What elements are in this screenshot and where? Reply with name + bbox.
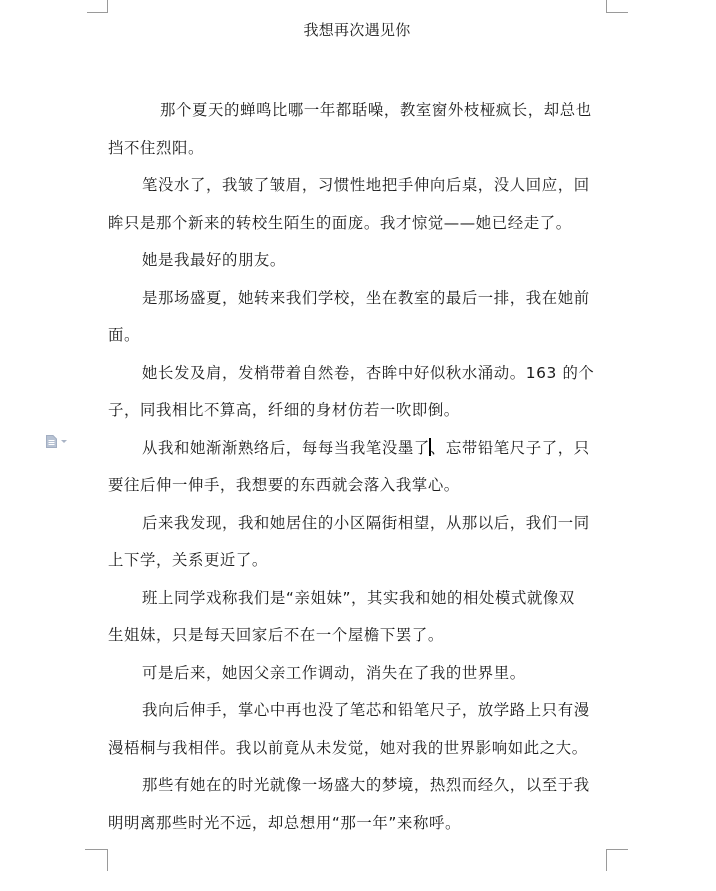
text-after-cursor: 、忘带铅笔尺子了，只	[430, 439, 590, 457]
paragraph[interactable]: 那个夏天的蝉鸣比哪一年都聒噪，教室窗外枝桠疯长，却总也 挡不住烈阳。	[108, 92, 608, 167]
paragraph[interactable]: 那些有她在的时光就像一场盛大的梦境，热烈而经久，以至于我 明明离那些时光不远，却…	[108, 767, 608, 842]
text-line: 我向后伸手，掌心中再也没了笔芯和铅笔尺子，放学路上只有漫	[108, 692, 608, 730]
text-line: 子，同我相比不算高，纤细的身材仿若一吹即倒。	[108, 392, 608, 430]
paragraph[interactable]: 可是后来，她因父亲工作调动，消失在了我的世界里。	[108, 655, 608, 693]
text-line: 她是我最好的朋友。	[108, 242, 608, 280]
paragraph-with-cursor[interactable]: 从我和她渐渐熟络后，每每当我笔没墨了、忘带铅笔尺子了，只 要往后伸一伸手，我想要…	[108, 430, 608, 505]
text-line: 是那场盛夏，她转来我们学校，坐在教室的最后一排，我在她前	[108, 280, 608, 318]
text-line: 生姐妹，只是每天回家后不在一个屋檐下罢了。	[108, 617, 608, 655]
text-line: 漫梧桐与我相伴。我以前竟从未发觉，她对我的世界影响如此之大。	[108, 730, 608, 768]
text-line: 笔没水了，我皱了皱眉，习惯性地把手伸向后桌，没人回应，回	[108, 167, 608, 205]
text-line: 她长发及肩，发梢带着自然卷，杏眸中好似秋水涌动。163 的个	[108, 355, 608, 393]
text-line: 上下学，关系更近了。	[108, 542, 608, 580]
text-line: 可是后来，她因父亲工作调动，消失在了我的世界里。	[108, 655, 608, 693]
paragraph[interactable]: 我向后伸手，掌心中再也没了笔芯和铅笔尺子，放学路上只有漫 漫梧桐与我相伴。我以前…	[108, 692, 608, 767]
text-line: 面。	[108, 317, 608, 355]
document-page: 我想再次遇见你 那个夏天的蝉鸣比哪一年都聒噪，教室窗外枝桠疯长，却总也 挡不住烈…	[0, 0, 716, 891]
text-line: 那些有她在的时光就像一场盛大的梦境，热烈而经久，以至于我	[108, 767, 608, 805]
text-line: 从我和她渐渐熟络后，每每当我笔没墨了、忘带铅笔尺子了，只	[108, 430, 608, 468]
text-line: 眸只是那个新来的转校生陌生的面庞。我才惊觉——她已经走了。	[108, 205, 608, 243]
document-body[interactable]: 那个夏天的蝉鸣比哪一年都聒噪，教室窗外枝桠疯长，却总也 挡不住烈阳。 笔没水了，…	[108, 92, 608, 842]
document-title[interactable]: 我想再次遇见你	[108, 20, 606, 40]
paragraph[interactable]: 笔没水了，我皱了皱眉，习惯性地把手伸向后桌，没人回应，回 眸只是那个新来的转校生…	[108, 167, 608, 242]
text-line: 挡不住烈阳。	[108, 130, 608, 168]
text-line: 要往后伸一伸手，我想要的东西就会落入我掌心。	[108, 467, 608, 505]
paragraph[interactable]: 是那场盛夏，她转来我们学校，坐在教室的最后一排，我在她前 面。	[108, 280, 608, 355]
text-line: 后来我发现，我和她居住的小区隔街相望，从那以后，我们一同	[108, 505, 608, 543]
text-line: 明明离那些时光不远，却总想用“那一年”来称呼。	[108, 805, 608, 843]
margin-corner-top-right	[606, 0, 628, 13]
paragraph[interactable]: 后来我发现，我和她居住的小区隔街相望，从那以后，我们一同 上下学，关系更近了。	[108, 505, 608, 580]
document-icon	[46, 435, 57, 448]
paragraph[interactable]: 她长发及肩，发梢带着自然卷，杏眸中好似秋水涌动。163 的个 子，同我相比不算高…	[108, 355, 608, 430]
paragraph[interactable]: 班上同学戏称我们是“亲姐妹”，其实我和她的相处模式就像双 生姐妹，只是每天回家后…	[108, 580, 608, 655]
margin-corner-bottom-left	[85, 849, 108, 871]
dropdown-arrow-icon	[61, 440, 67, 443]
paragraph[interactable]: 她是我最好的朋友。	[108, 242, 608, 280]
text-before-cursor: 从我和她渐渐熟络后，每每当我笔没墨了	[142, 439, 430, 457]
text-line: 班上同学戏称我们是“亲姐妹”，其实我和她的相处模式就像双	[108, 580, 608, 618]
margin-corner-top-left	[87, 0, 108, 13]
paragraph-options-button[interactable]	[46, 433, 74, 449]
margin-corner-bottom-right	[606, 849, 628, 871]
text-line: 那个夏天的蝉鸣比哪一年都聒噪，教室窗外枝桠疯长，却总也	[108, 92, 608, 130]
